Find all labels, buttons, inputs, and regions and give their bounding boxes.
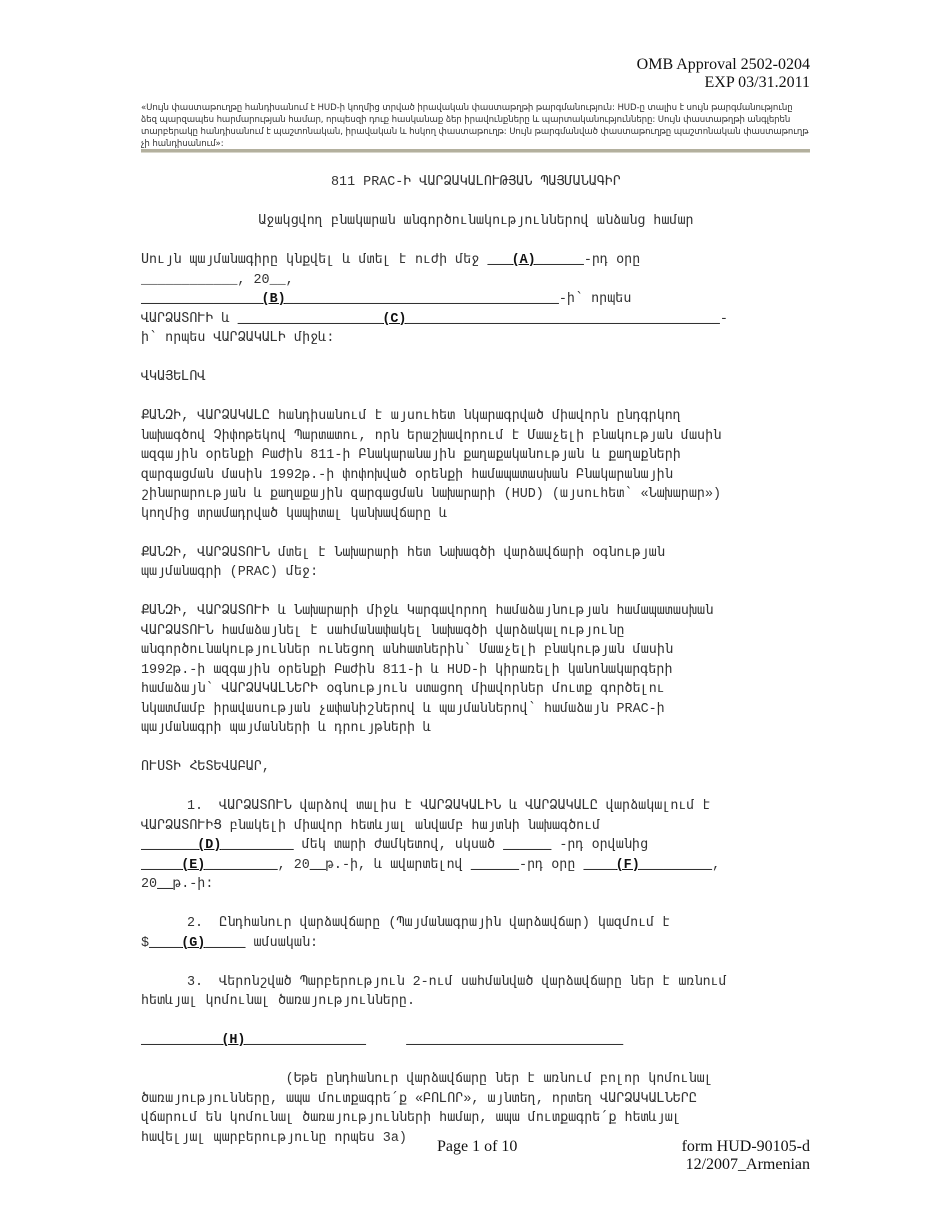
- omb-approval-number: OMB Approval 2502-0204: [637, 56, 810, 74]
- translation-disclaimer: «Սույն փաստաթուղթը հանդիսանում է HUD-ի կ…: [141, 102, 811, 150]
- clause-1-line-3: _______(D)_________ մեկ տարի ժամկետով, ս…: [141, 836, 811, 856]
- clause-3-line-1: 3. Վերոնշված Պարբերություն 2-ում սահմանվ…: [141, 973, 811, 993]
- document-title: 811 PRAC-Ի ՎԱՐՁԱԿԱԼՈՒԹՅԱՆ ՊԱՅՄԱՆԱԳԻՐ: [141, 173, 811, 193]
- field-f[interactable]: (F): [616, 858, 640, 873]
- intro-line-5: ի՝ որպես ՎԱՐՁԱԿԱԼԻ միջև:: [141, 329, 811, 349]
- form-number: form HUD-90105-d: [682, 1138, 810, 1156]
- page-indicator: Page 1 of 10: [437, 1138, 517, 1156]
- witnesseth-heading: ՎԿԱՅԵԼՈՎ: [141, 368, 811, 388]
- field-c[interactable]: (C): [382, 312, 406, 327]
- lease-document-body: 811 PRAC-Ի ՎԱՐՁԱԿԱԼՈՒԹՅԱՆ ՊԱՅՄԱՆԱԳԻՐԱջակ…: [141, 173, 811, 1148]
- whereas-paragraph-2: ՔԱՆԶԻ, ՎԱՐՁԱՏՈՒՆ մտել է Նախարարի հետ Նախ…: [141, 544, 811, 583]
- intro-line-3: _______________(B)______________________…: [141, 290, 811, 310]
- field-b[interactable]: (B): [262, 292, 286, 307]
- clause-2-line-2: $____(G)_____ ամսական:: [141, 934, 811, 954]
- header-divider: [141, 149, 810, 153]
- utilities-note: (Եթե ընդհանուր վարձավճարը ներ է առնում բ…: [141, 1070, 811, 1148]
- therefore-heading: ՈՒՍՏԻ ՀԵՏԵՎԱԲԱՐ,: [141, 758, 811, 778]
- whereas-paragraph-3: ՔԱՆԶԻ, ՎԱՐՁԱՏՈՒԻ և Նախարարի միջև Կարգավո…: [141, 602, 811, 739]
- field-h[interactable]: (H): [221, 1033, 245, 1048]
- clause-1-line-4: _____(E)_________, 20__թ.-ի, և ավարտելով…: [141, 856, 811, 876]
- omb-approval-block: OMB Approval 2502-0204 EXP 03/31.2011: [637, 56, 810, 92]
- clause-1-line-1: 1. ՎԱՐՁԱՏՈՒՆ վարձով տալիս է ՎԱՐՁԱԿԱԼԻՆ և…: [141, 797, 811, 817]
- whereas-paragraph-1: ՔԱՆԶԻ, ՎԱՐՁԱԿԱԼԸ հանդիսանում է այսուհետ …: [141, 407, 811, 524]
- field-d[interactable]: (D): [197, 838, 221, 853]
- clause-3-utilities-row: __________(H)_______________ ___________…: [141, 1031, 811, 1051]
- field-a[interactable]: (A): [512, 253, 536, 268]
- utilities-blank-right[interactable]: ___________________________: [406, 1033, 623, 1048]
- document-subtitle: Աջակցվող բնակարան անգործունակություններո…: [141, 212, 811, 232]
- clause-3-line-2: հետևյալ կոմունալ ծառայությունները.: [141, 992, 811, 1012]
- clause-1-line-2: ՎԱՐՁԱՏՈՒԻՑ բնակելի միավոր հետևյալ անվամբ…: [141, 817, 811, 837]
- form-version: 12/2007_Armenian: [682, 1156, 810, 1174]
- intro-line-2: ____________, 20__,: [141, 271, 811, 291]
- field-g[interactable]: (G): [181, 936, 205, 951]
- clause-1-line-5: 20__թ.-ի:: [141, 875, 811, 895]
- field-e[interactable]: (E): [181, 858, 205, 873]
- intro-line-1: Սույն պայմանագիրը կնքվել և մտել է ուժի մ…: [141, 251, 811, 271]
- form-identifier: form HUD-90105-d 12/2007_Armenian: [682, 1138, 810, 1174]
- intro-line-4: ՎԱՐՁԱՏՈՒԻ և __________________(C)_______…: [141, 310, 811, 330]
- clause-2-line-1: 2. Ընդհանուր վարձավճարը (Պայմանագրային վ…: [141, 914, 811, 934]
- omb-expiration: EXP 03/31.2011: [637, 74, 810, 92]
